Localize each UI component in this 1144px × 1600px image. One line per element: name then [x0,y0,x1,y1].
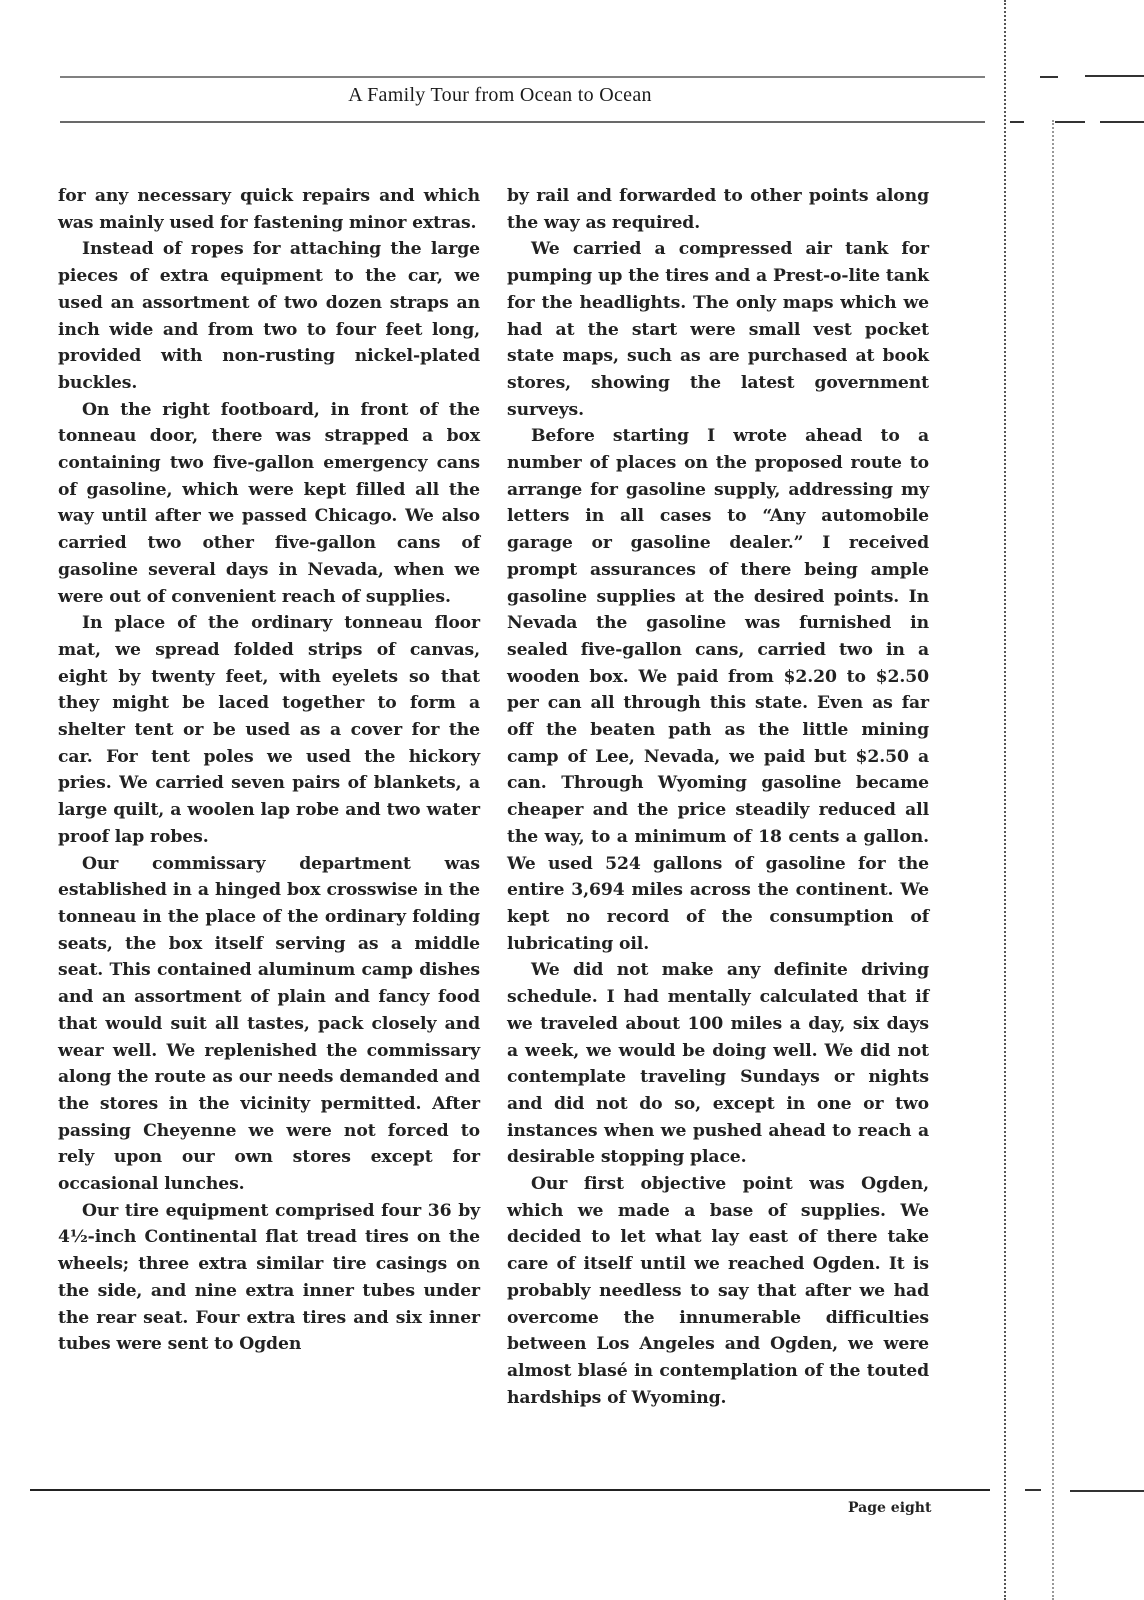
text-column-left: for any necessary quick repairs and whic… [58,183,480,1358]
margin-rule-stub [1085,75,1144,77]
scan-margin-line [1004,0,1007,1600]
paragraph: Instead of ropes for attaching the large… [58,236,480,396]
page-number: Page eight [848,1500,931,1516]
paragraph: Before starting I wrote ahead to a numbe… [507,423,929,957]
margin-rule-stub [1010,121,1024,123]
margin-rule-stub [1070,1490,1144,1492]
running-header-title: A Family Tour from Ocean to Ocean [0,84,1000,107]
footer-rule [30,1489,990,1491]
paragraph: Our first objective point was Ogden, whi… [507,1171,929,1411]
scan-margin-line [1052,120,1055,1600]
margin-rule-stub [1040,76,1058,78]
paragraph: We did not make any definite driving sch… [507,957,929,1171]
paragraph: by rail and forwarded to other points al… [507,183,929,236]
paragraph: Our tire equipment comprised four 36 by … [58,1198,480,1358]
paragraph: We carried a compressed air tank for pum… [507,236,929,423]
paragraph: On the right footboard, in front of the … [58,397,480,611]
margin-rule-stub [1025,1489,1041,1491]
text-column-right: by rail and forwarded to other points al… [507,183,929,1411]
header-rule-bottom [60,121,985,123]
header-rule-top [60,76,985,78]
margin-rule-stub [1055,121,1085,123]
margin-rule-stub [1100,121,1144,123]
paragraph: In place of the ordinary tonneau floor m… [58,610,480,850]
paragraph: for any necessary quick repairs and whic… [58,183,480,236]
paragraph: Our commissary department was establishe… [58,851,480,1198]
